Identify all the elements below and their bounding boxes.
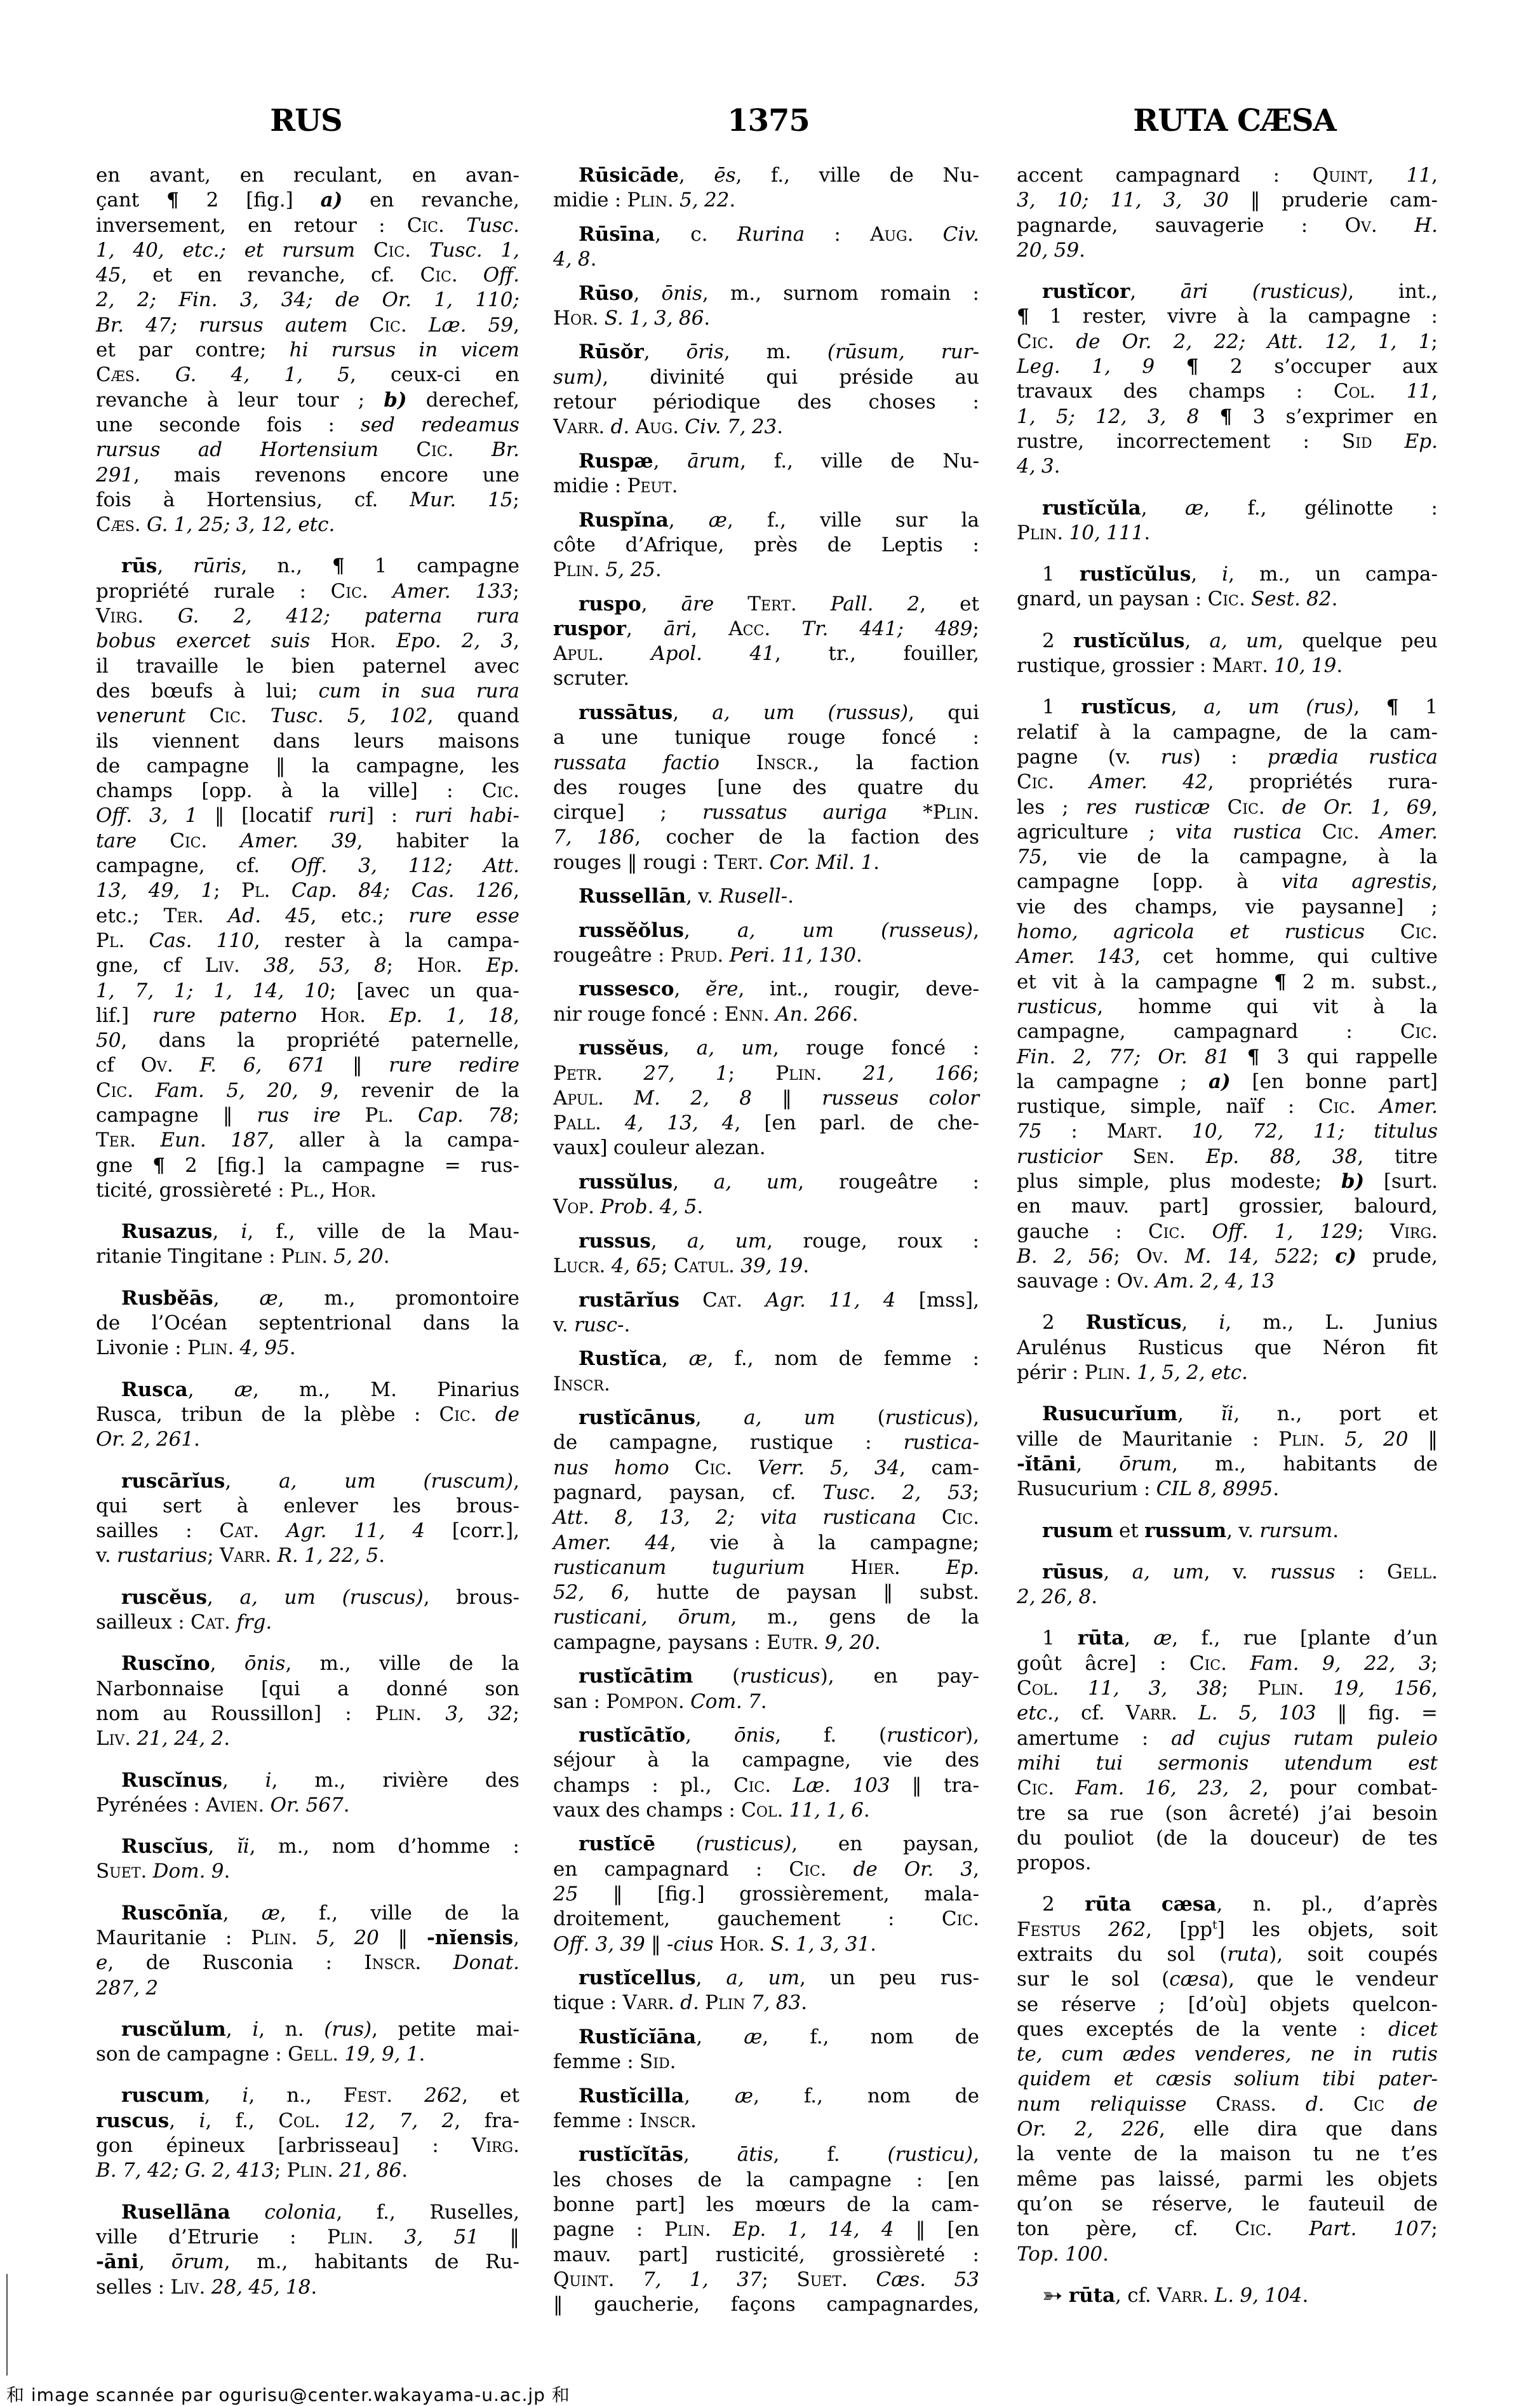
italic-text: res bbox=[1086, 796, 1117, 819]
word: : bbox=[1200, 654, 1206, 678]
word: (ruscus), bbox=[342, 1585, 430, 1610]
italic-text: æ bbox=[1185, 497, 1203, 520]
word: Sid bbox=[1342, 429, 1372, 454]
italic-text: Com. bbox=[690, 1690, 742, 1713]
word: Varr. bbox=[220, 1543, 271, 1568]
word: Cas. bbox=[149, 929, 192, 953]
word: i, bbox=[199, 2109, 212, 2134]
author-abbreviation: Enn. bbox=[725, 1003, 770, 1026]
text-line: 2rustĭcŭlus,a,um,quelquepeu bbox=[1017, 629, 1438, 654]
text-line: Virg.G.2,412;paternarura bbox=[96, 604, 519, 629]
word: (ruta), bbox=[1219, 1942, 1283, 1967]
text-line: Rusucurium:CIL8,8995. bbox=[1017, 1477, 1438, 1502]
italic-text: 104 bbox=[1264, 2284, 1302, 2307]
word: Ru- bbox=[485, 2250, 519, 2275]
word: 10, bbox=[1069, 521, 1101, 546]
text-line: rustre,incorrectement:SidEp. bbox=[1017, 429, 1438, 454]
word: à bbox=[163, 488, 175, 513]
word: æ, bbox=[1153, 1626, 1178, 1651]
word: 2, bbox=[212, 2158, 231, 2183]
author-abbreviation: Mart. bbox=[1212, 654, 1268, 677]
word: redire bbox=[459, 1053, 519, 1078]
italic-text: Eun. bbox=[160, 1129, 206, 1152]
word: Arulénus bbox=[1017, 1336, 1106, 1361]
word: Cor. bbox=[770, 850, 810, 875]
word: fig. bbox=[1368, 1701, 1400, 1726]
word: 12, bbox=[1325, 330, 1356, 354]
word: (rusticus), bbox=[696, 1832, 798, 1857]
word: [en bbox=[947, 2168, 979, 2193]
italic-text: 51 bbox=[454, 2226, 479, 2248]
italic-text: Tusc. bbox=[822, 1481, 876, 1504]
author-abbreviation: Virg. bbox=[472, 2134, 519, 2157]
word: 21, bbox=[863, 1061, 894, 1086]
author-abbreviation: Plin. bbox=[187, 1336, 234, 1359]
text-line: nirrougefoncé:Enn.An.266. bbox=[553, 1002, 979, 1027]
word: etc.; bbox=[96, 904, 139, 929]
author-abbreviation: Suet. bbox=[797, 2268, 848, 2291]
word: 14, bbox=[253, 979, 284, 1004]
word: Rūsīna, bbox=[579, 222, 661, 247]
word: 41, bbox=[750, 642, 781, 666]
word: 83. bbox=[776, 1991, 807, 2015]
word: 11, bbox=[1110, 188, 1141, 213]
word: lui; bbox=[266, 679, 298, 704]
author-abbreviation: Sid bbox=[1342, 430, 1372, 453]
word: [plante bbox=[1300, 1626, 1370, 1651]
word: d’après bbox=[1363, 1892, 1438, 1917]
italic-text: 4, bbox=[240, 1336, 259, 1359]
word: ‖ bbox=[223, 1103, 233, 1128]
word: G. bbox=[178, 604, 199, 629]
author-abbreviation: Cic. bbox=[1017, 330, 1054, 353]
word: : bbox=[414, 1402, 420, 1427]
word: : bbox=[972, 1347, 979, 1371]
word: 143, bbox=[1097, 944, 1141, 969]
author-abbreviation: Ter. bbox=[164, 904, 204, 927]
word: de bbox=[1282, 795, 1306, 820]
author-abbreviation: Pl. bbox=[365, 1104, 394, 1127]
word: nom bbox=[775, 1347, 818, 1371]
italic-text: Part. bbox=[1309, 2217, 1356, 2240]
italic-text: 44 bbox=[645, 1531, 669, 1554]
author-abbreviation: Cat. bbox=[191, 1611, 231, 1634]
word: 1, bbox=[1378, 330, 1397, 354]
dictionary-entry: Ruspĭna,æ,f.,villesurlacôted’Afrique,prè… bbox=[553, 508, 979, 583]
word: la bbox=[1017, 2142, 1034, 2167]
italic-text: Leg. bbox=[1017, 355, 1061, 378]
italic-text: rursus bbox=[331, 339, 396, 361]
word: Tusc. bbox=[822, 1481, 876, 1505]
italic-text: ruri bbox=[415, 804, 453, 827]
text-column-left: enavant,enreculant,enavan-çant¶2[fig.]a)… bbox=[96, 163, 519, 2300]
word: ritanie bbox=[96, 1244, 162, 1269]
author-abbreviation: Cic. bbox=[942, 1506, 979, 1529]
word: 1, bbox=[1370, 795, 1389, 820]
headword: Rusbĕās bbox=[121, 1287, 213, 1310]
word: 22, bbox=[329, 1543, 360, 1568]
text-line: 20,59. bbox=[1017, 238, 1438, 263]
author-abbreviation: Petr. bbox=[553, 1062, 603, 1085]
word: ruspo, bbox=[579, 592, 648, 617]
italic-text: a, bbox=[1132, 1561, 1150, 1583]
dictionary-entry: Rustĭca,æ,f.,nomdefemme:Inscr. bbox=[553, 1347, 979, 1397]
italic-text: 20 bbox=[358, 1245, 383, 1268]
arrow-icon: ➳ bbox=[1042, 2282, 1062, 2310]
word: cf. bbox=[1081, 1701, 1105, 1726]
word: [corr.], bbox=[452, 1519, 519, 1543]
word: 88, bbox=[1270, 1145, 1301, 1169]
word: Sid. bbox=[639, 2050, 676, 2074]
word: vit bbox=[1313, 995, 1338, 1019]
word: sauvagerie bbox=[1155, 213, 1264, 238]
word: avant, bbox=[149, 163, 211, 188]
italic-text: 22, bbox=[329, 1544, 360, 1567]
word: āre bbox=[681, 592, 714, 617]
italic-text: d. bbox=[680, 1991, 699, 2014]
text-line: les;resrusticæCic.deOr.1,69, bbox=[1017, 795, 1438, 820]
word: Plin. bbox=[327, 2225, 373, 2250]
word: ceux-ci bbox=[391, 363, 460, 387]
word: Cic. bbox=[733, 1773, 771, 1798]
dictionary-entry: 1rūta,æ,f.,rue[planted’ungoûtâcre]:Cic.F… bbox=[1017, 1626, 1438, 1876]
italic-text: 10 bbox=[304, 979, 329, 1002]
word: rus- bbox=[941, 1966, 979, 1991]
word: f. bbox=[827, 2142, 840, 2167]
word: la bbox=[692, 1748, 709, 1773]
italic-text: ĕre bbox=[706, 978, 739, 1000]
word: Plin. bbox=[1257, 1676, 1304, 1701]
word: 12, bbox=[344, 2109, 375, 2134]
word: f., bbox=[804, 2084, 823, 2109]
word: = bbox=[445, 1153, 461, 1178]
italic-text: rustica- bbox=[904, 1431, 979, 1454]
word: (v. bbox=[1108, 745, 1131, 770]
text-line: tresarue(sonâcreté)j’aibesoin bbox=[1017, 1801, 1438, 1826]
word: n., bbox=[277, 554, 302, 579]
text-line: Apul.Apol.41,tr.,fouiller, bbox=[553, 642, 979, 666]
word: Hor. bbox=[330, 629, 376, 654]
italic-text: 489 bbox=[935, 617, 972, 640]
word: f., bbox=[1201, 1626, 1220, 1651]
word: esse bbox=[476, 904, 519, 929]
italic-text: um bbox=[1246, 629, 1277, 652]
word: de bbox=[955, 2084, 979, 2109]
word: ire bbox=[313, 1103, 340, 1128]
italic-text: a, bbox=[737, 919, 755, 942]
italic-text: 567 bbox=[306, 1794, 344, 1817]
italic-text: vita bbox=[1282, 870, 1318, 893]
italic-text: d. bbox=[1306, 2093, 1325, 2116]
word: Rusca, bbox=[96, 1402, 163, 1427]
word: 262, bbox=[424, 2083, 468, 2108]
word: agricola bbox=[1113, 920, 1194, 944]
italic-text: in bbox=[382, 680, 401, 702]
word: tes bbox=[1408, 1826, 1438, 1851]
headword: Rustĭca bbox=[579, 1347, 662, 1370]
word: rusticæ bbox=[1134, 795, 1210, 820]
word: romain bbox=[880, 281, 951, 306]
word: 69, bbox=[1407, 795, 1438, 820]
word: um, bbox=[1246, 629, 1283, 654]
author-abbreviation: Ter. bbox=[96, 1129, 136, 1152]
italic-text: 4, bbox=[660, 1195, 679, 1218]
word: ville bbox=[96, 2225, 138, 2250]
author-abbreviation: Col. bbox=[1334, 380, 1376, 403]
dictionary-entry: rūs,rūris,n.,¶1campagnepropriétérurale:C… bbox=[96, 554, 519, 1203]
word: Tusc. bbox=[466, 213, 519, 238]
word: rusum bbox=[1042, 1519, 1113, 1543]
italic-text: 32 bbox=[488, 1702, 512, 1725]
word: 3. bbox=[1041, 454, 1061, 479]
author-abbreviation: Cic. bbox=[482, 779, 519, 802]
word: (rusticu), bbox=[888, 2142, 979, 2167]
italic-text: rutam bbox=[1294, 1727, 1354, 1750]
italic-text: 1 bbox=[860, 851, 873, 874]
word: dans bbox=[159, 1028, 206, 1053]
author-abbreviation: Mart. bbox=[1107, 1120, 1163, 1143]
italic-text: ĭi bbox=[1221, 1402, 1234, 1425]
headword: Ruscĭnus bbox=[121, 1769, 222, 1792]
word: 40, bbox=[133, 238, 164, 263]
italic-text: tui bbox=[1096, 1752, 1123, 1775]
word: hutte bbox=[657, 1580, 709, 1605]
word: pay- bbox=[937, 1664, 979, 1689]
word: 12, bbox=[261, 513, 292, 537]
headword: rūsus bbox=[1042, 1561, 1103, 1583]
word: 103 bbox=[852, 1773, 890, 1798]
italic-text: F. bbox=[199, 1054, 217, 1077]
word: et bbox=[500, 2083, 519, 2108]
author-abbreviation: Ov. bbox=[1345, 214, 1377, 237]
word: vita bbox=[760, 1505, 797, 1530]
dictionary-entry: russesco,ĕre,int.,rougir,deve-nirrougefo… bbox=[553, 977, 979, 1027]
author-abbreviation: Cic. bbox=[439, 1403, 476, 1426]
italic-text: 8 bbox=[578, 248, 591, 271]
italic-text: 6 bbox=[611, 1581, 624, 1604]
word: f., bbox=[767, 508, 786, 533]
word: m., bbox=[324, 1286, 355, 1311]
italic-text: 82 bbox=[1306, 588, 1331, 610]
dictionary-entry: Rūsŏr,ōris,m.(rūsum,rur-sum),divinitéqui… bbox=[553, 340, 979, 440]
word: de bbox=[1196, 2017, 1220, 2042]
word: de bbox=[455, 1079, 479, 1103]
word: d. bbox=[1306, 2092, 1325, 2117]
word: æ, bbox=[689, 1347, 714, 1371]
word: 6, bbox=[611, 1580, 630, 1605]
word: 47; bbox=[145, 313, 177, 338]
word: Liv. bbox=[205, 953, 240, 978]
word: 1, bbox=[1275, 1220, 1294, 1244]
word: 5, bbox=[226, 1079, 245, 1103]
headword: russĕŏlus bbox=[579, 919, 684, 942]
dictionary-entry: ruscŭlum,i,n.(rus),petitemai-sondecampag… bbox=[96, 2017, 519, 2067]
text-line: Quint.7,1,37;Suet.Cæs.53 bbox=[553, 2268, 979, 2292]
italic-text: 75 bbox=[1017, 845, 1041, 868]
word: de bbox=[697, 2168, 721, 2193]
italic-text: et bbox=[1114, 2067, 1134, 2090]
word: agrestis, bbox=[1351, 870, 1438, 894]
word: 3, bbox=[820, 1932, 840, 1957]
text-line: campagne,campagnard:Cic. bbox=[1017, 1019, 1438, 1044]
word: Mart. bbox=[1107, 1119, 1163, 1144]
word: alezan. bbox=[695, 1136, 765, 1160]
word: en bbox=[495, 363, 519, 387]
word: revanche, bbox=[421, 188, 519, 213]
word: 5, bbox=[333, 1244, 352, 1269]
word: rura bbox=[476, 679, 519, 704]
word: L. bbox=[1215, 2283, 1234, 2308]
word: num bbox=[1017, 2092, 1061, 2117]
text-line: quisertàenleverlesbrous- bbox=[96, 1494, 519, 1519]
text-line: surlesol(cæsa),quelevendeur bbox=[1017, 1967, 1438, 1992]
word: i, bbox=[242, 2083, 255, 2108]
text-line: 52,6,huttedepaysan‖subst. bbox=[553, 1580, 979, 1605]
author-abbreviation: Cic. bbox=[1228, 796, 1265, 819]
word: 1, bbox=[1137, 1361, 1156, 1385]
word: revenir bbox=[361, 1079, 433, 1103]
word: Cic. bbox=[370, 313, 407, 338]
word: douceur) bbox=[1250, 1826, 1339, 1851]
word: prude, bbox=[1372, 1244, 1438, 1269]
text-line: 75,viedelacampagne,àla bbox=[1017, 845, 1438, 870]
word: nir bbox=[553, 1002, 582, 1027]
word: : bbox=[712, 1002, 718, 1027]
headword: rustārĭus bbox=[579, 1289, 680, 1312]
italic-text: rure bbox=[389, 1054, 432, 1077]
word: ruspor, bbox=[553, 617, 633, 642]
text-line: russatafactioInscr.,lafaction bbox=[553, 751, 979, 776]
word: a, bbox=[1203, 695, 1221, 720]
word: : bbox=[1296, 379, 1302, 404]
word: Ep. bbox=[389, 1004, 422, 1028]
text-line: campagne,cf.Off.3,112;Att. bbox=[96, 854, 519, 878]
word: à bbox=[234, 679, 245, 704]
word: de bbox=[759, 825, 783, 850]
text-line: etvitàlacampagne¶2m.subst., bbox=[1017, 970, 1438, 995]
word: 9. bbox=[211, 1859, 231, 1884]
word: cæsis bbox=[1156, 2067, 1212, 2092]
word: Plin. bbox=[187, 1336, 234, 1361]
word: 7, bbox=[751, 1991, 770, 2015]
word: Ep. bbox=[486, 953, 519, 978]
text-line: desbœufsàlui;cuminsuarura bbox=[96, 679, 519, 704]
word: in bbox=[418, 338, 438, 363]
word: 5, bbox=[606, 558, 625, 582]
italic-text: puleio bbox=[1376, 1727, 1438, 1750]
word: 5, bbox=[1162, 1361, 1181, 1385]
headword: Rusucurĭum bbox=[1042, 1402, 1177, 1425]
author-abbreviation: Plin. bbox=[251, 1926, 297, 1949]
word: 1, bbox=[213, 979, 232, 1004]
italic-text: (rus) bbox=[1306, 696, 1353, 718]
word: (de bbox=[1156, 1826, 1188, 1851]
word: 8; bbox=[374, 953, 393, 978]
word: 104. bbox=[1264, 2283, 1308, 2308]
word: rutam bbox=[1294, 1726, 1354, 1751]
word: Ter. bbox=[164, 904, 204, 929]
italic-text: Cap. bbox=[418, 1104, 464, 1127]
word: la bbox=[502, 1651, 519, 1676]
headword: rūta bbox=[1078, 1627, 1124, 1650]
word: rusticani, bbox=[553, 1605, 648, 1630]
italic-text: 22; bbox=[1214, 330, 1245, 353]
pilcrow-icon: ¶ bbox=[152, 1154, 165, 1177]
word: qui bbox=[947, 701, 979, 725]
italic-text: Top. bbox=[1017, 2243, 1059, 2266]
word: 21, bbox=[137, 1726, 168, 1751]
italic-text: (rus) bbox=[324, 2018, 372, 2041]
word: : bbox=[973, 1170, 979, 1195]
text-line: Hor.S.1,3,86. bbox=[553, 306, 979, 331]
word: 1, bbox=[446, 1004, 465, 1028]
word: 11, bbox=[829, 1288, 860, 1313]
word: vie bbox=[883, 1748, 913, 1773]
word: les bbox=[1326, 2167, 1354, 2192]
author-abbreviation: Cic. bbox=[1017, 1777, 1054, 1799]
word: petite bbox=[398, 2017, 456, 2042]
dictionary-entry: ruscĕus,a,um(ruscus),brous-sailleux:Cat.… bbox=[96, 1585, 519, 1636]
text-line: ruscum,i,n.,Fest.262,et bbox=[96, 2083, 519, 2108]
word: 5; bbox=[1056, 405, 1075, 429]
italic-text: vita bbox=[1175, 821, 1212, 843]
word: suis bbox=[271, 629, 311, 654]
word: res bbox=[1086, 795, 1117, 820]
word: : bbox=[636, 2217, 643, 2242]
italic-text: 441; bbox=[860, 617, 904, 640]
word: à bbox=[647, 1748, 659, 1773]
word: æ, bbox=[259, 1286, 284, 1311]
text-line: unesecondefois:sedredeamus bbox=[96, 413, 519, 438]
pilcrow-icon: ¶ bbox=[1017, 305, 1029, 328]
word: homme, bbox=[1215, 944, 1296, 969]
text-line: Amer.44,vieàlacampagne; bbox=[553, 1531, 979, 1556]
word: besoin bbox=[1372, 1801, 1438, 1826]
word: ne bbox=[1356, 2142, 1380, 2167]
word: 567. bbox=[306, 1793, 350, 1818]
dictionary-entry: rustĭcē(rusticus),enpaysan,encampagnard:… bbox=[553, 1832, 979, 1956]
italic-text: G. bbox=[178, 605, 199, 628]
text-line: v.rusc-. bbox=[553, 1313, 979, 1338]
word: Eun. bbox=[160, 1128, 206, 1153]
word: son bbox=[485, 1677, 519, 1702]
word: de bbox=[847, 2193, 871, 2217]
italic-text: prædia bbox=[1268, 746, 1339, 769]
italic-text: 16, bbox=[1145, 1777, 1176, 1799]
word: 39, bbox=[331, 829, 363, 854]
italic-text: um bbox=[344, 1470, 375, 1493]
author-abbreviation: Hier. bbox=[850, 1556, 900, 1579]
italic-text: rusticæ bbox=[1134, 796, 1210, 819]
word: Cic. bbox=[1017, 770, 1054, 795]
word: 8, bbox=[1198, 1477, 1217, 1502]
pilcrow-icon: ¶ bbox=[332, 554, 345, 577]
word: ¶ bbox=[332, 554, 345, 579]
word: ‖ bbox=[1428, 1427, 1438, 1452]
word: port bbox=[1339, 1402, 1381, 1427]
italic-text: 19, bbox=[1334, 1677, 1365, 1700]
word: : bbox=[658, 943, 664, 968]
italic-text: 3 bbox=[1041, 455, 1054, 478]
word: 3, bbox=[1163, 188, 1182, 213]
text-line: Mauritanie:Plin.5,20‖-nĭensis, bbox=[96, 1926, 519, 1951]
word: R. bbox=[278, 1543, 298, 1568]
word: (son bbox=[1165, 1801, 1208, 1826]
text-line: Plin.10,111. bbox=[1017, 521, 1438, 546]
dictionary-entry: Ruscōnĭa,æ,f.,villedelaMauritanie:Plin.5… bbox=[96, 1901, 519, 2001]
word: à bbox=[281, 779, 293, 803]
text-line: selles:Liv.28,45,18. bbox=[96, 2275, 519, 2300]
